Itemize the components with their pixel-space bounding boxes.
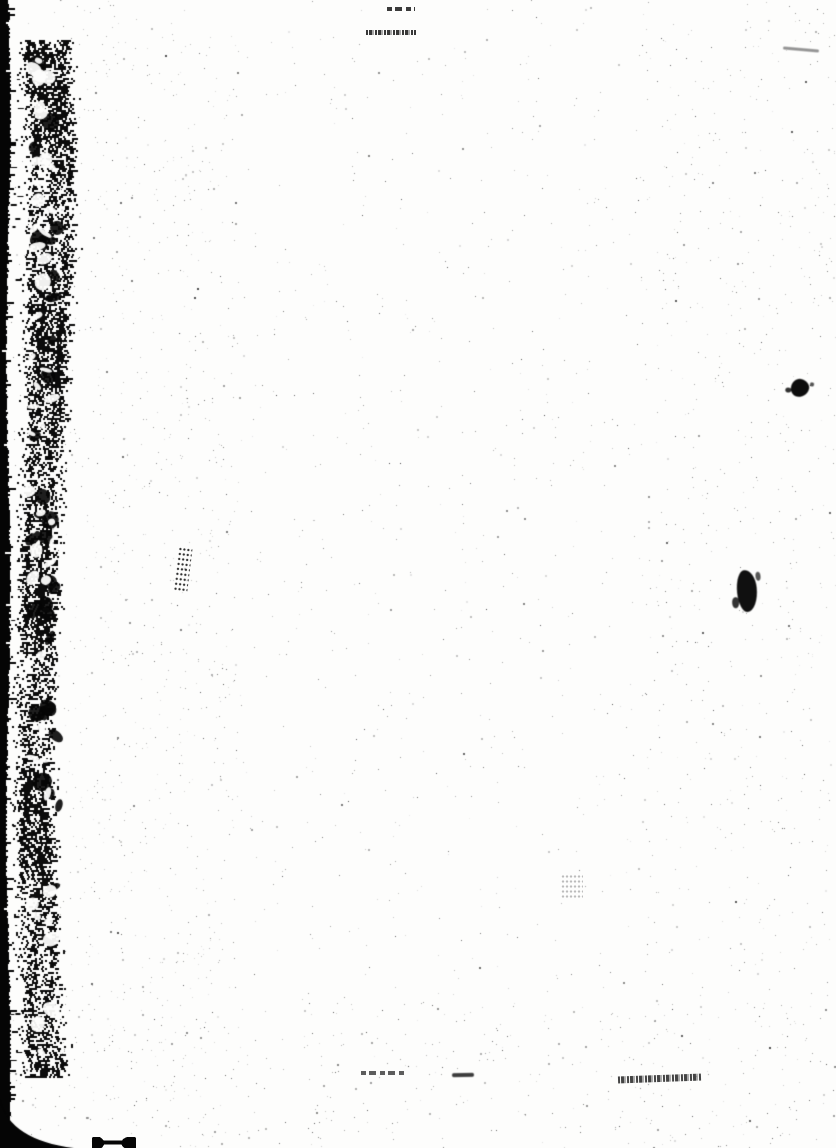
faint-speck-cluster-center	[561, 874, 583, 898]
ink-blob-right-upper	[789, 377, 810, 398]
ink-speck-trail-left	[173, 546, 192, 591]
bottom-dash-fragment-left	[361, 1071, 405, 1075]
bottom-smudge-line-right	[618, 1074, 702, 1084]
bottom-dash-fragment-mid	[452, 1073, 474, 1077]
ink-blob-right-middle	[735, 569, 759, 613]
top-print-fragment-upper	[387, 7, 415, 11]
top-right-pencil-stroke	[783, 46, 819, 52]
artifact-layer	[0, 0, 836, 1148]
bottom-edge-letter-fragment	[92, 1137, 136, 1148]
scanned-page	[0, 0, 836, 1148]
top-print-fragment-lower	[366, 30, 416, 35]
